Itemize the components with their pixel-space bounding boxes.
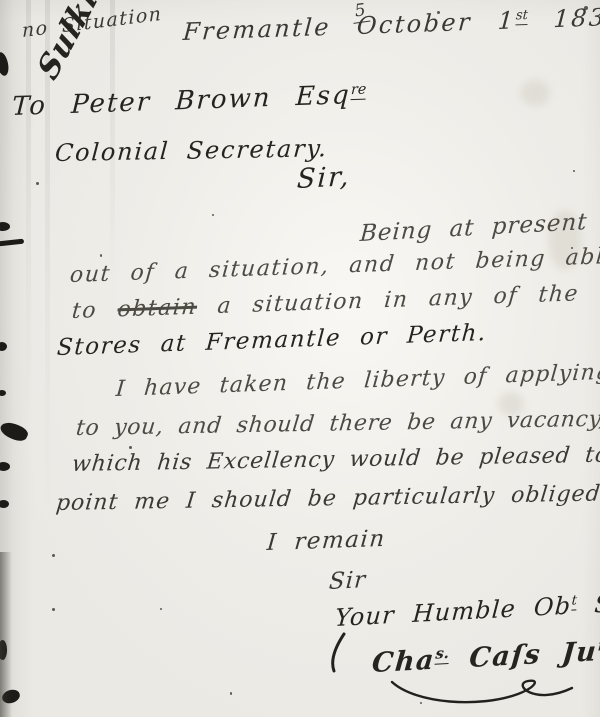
ink-speck [36,182,39,185]
ink-speck [100,254,102,257]
recipient-line-2: Colonial Secretary. [54,134,329,167]
paper-crease [26,0,31,420]
signature: Chas. Caſs Jun [371,636,600,680]
edge-ink-mark [0,500,9,508]
body-line: to you, and should there be any vacancy,… [75,406,600,441]
body-line: which his Excellency would be pleased to… [71,442,600,478]
edge-ink-mark [0,342,7,351]
recipient-esq-suffix: re [350,81,366,100]
closing-line-3: Your Humble Obt St [334,589,600,632]
closing-text: I remain [266,526,387,556]
signature-flourish [388,678,578,710]
scan-edge-shadow [0,552,12,717]
ink-speck [52,608,55,611]
edge-ink-mark [0,239,24,247]
ink-speck [160,608,162,610]
body-line: out of a situation, and not being able [69,244,600,288]
edge-ink-mark [0,462,10,471]
ink-speck [129,446,132,449]
edge-ink-mark [0,222,10,231]
ink-speck [230,692,232,695]
closing-line-1: I remain [266,526,387,556]
body-text: which his Excellency would be pleased to… [71,442,600,478]
dateline-place-month-day: Fremantle October 1 [182,6,517,46]
signature-text: Cha [371,645,437,679]
edge-ink-mark [0,51,10,77]
ink-speck [52,554,55,557]
body-text: to you, and should there be any vacancy,… [75,406,600,441]
body-text: I have taken the liberty of applying [115,360,600,402]
body-line: Stores at Fremantle or Perth. [56,320,488,361]
ink-speck [212,214,214,216]
paper-stain [520,80,550,106]
recipient-name: To Peter Brown Esq [11,80,351,122]
edge-ink-mark [0,419,30,444]
closing-text: Sir [328,567,367,595]
edge-ink-mark [0,390,6,396]
signature-text: Caſs Ju [447,636,599,675]
closing-line-2: Sir [328,567,367,595]
ink-speck [573,170,575,172]
closing-text: S [576,589,600,619]
body-text: Stores at Fremantle or Perth. [56,320,488,361]
body-line: to obtain a situation in any of the [71,281,580,324]
dateline: Fremantle October 1st 1831 [182,3,600,46]
salutation-text: Sir, [296,161,351,195]
dateline-year: 1831 [527,3,600,34]
pen-stroke [326,632,350,674]
struck-word: obtain [116,295,198,323]
closing-text: Your Humble Ob [334,592,572,633]
salutation: Sir, [296,161,351,195]
body-text: a situation in any of the [196,281,580,319]
body-line: point me I should be particularly oblige… [55,481,600,516]
body-text: out of a situation, and not being able [69,244,600,288]
body-line: I have taken the liberty of applying [115,360,600,402]
scanned-letter-page: no Situation Sulkley 5 Fremantle October… [0,0,600,717]
body-text: to [71,297,119,324]
recipient-title: Colonial Secretary. [54,134,329,167]
recipient-line-1: To Peter Brown Esqre [11,80,367,122]
body-text: point me I should be particularly oblige… [55,481,600,516]
